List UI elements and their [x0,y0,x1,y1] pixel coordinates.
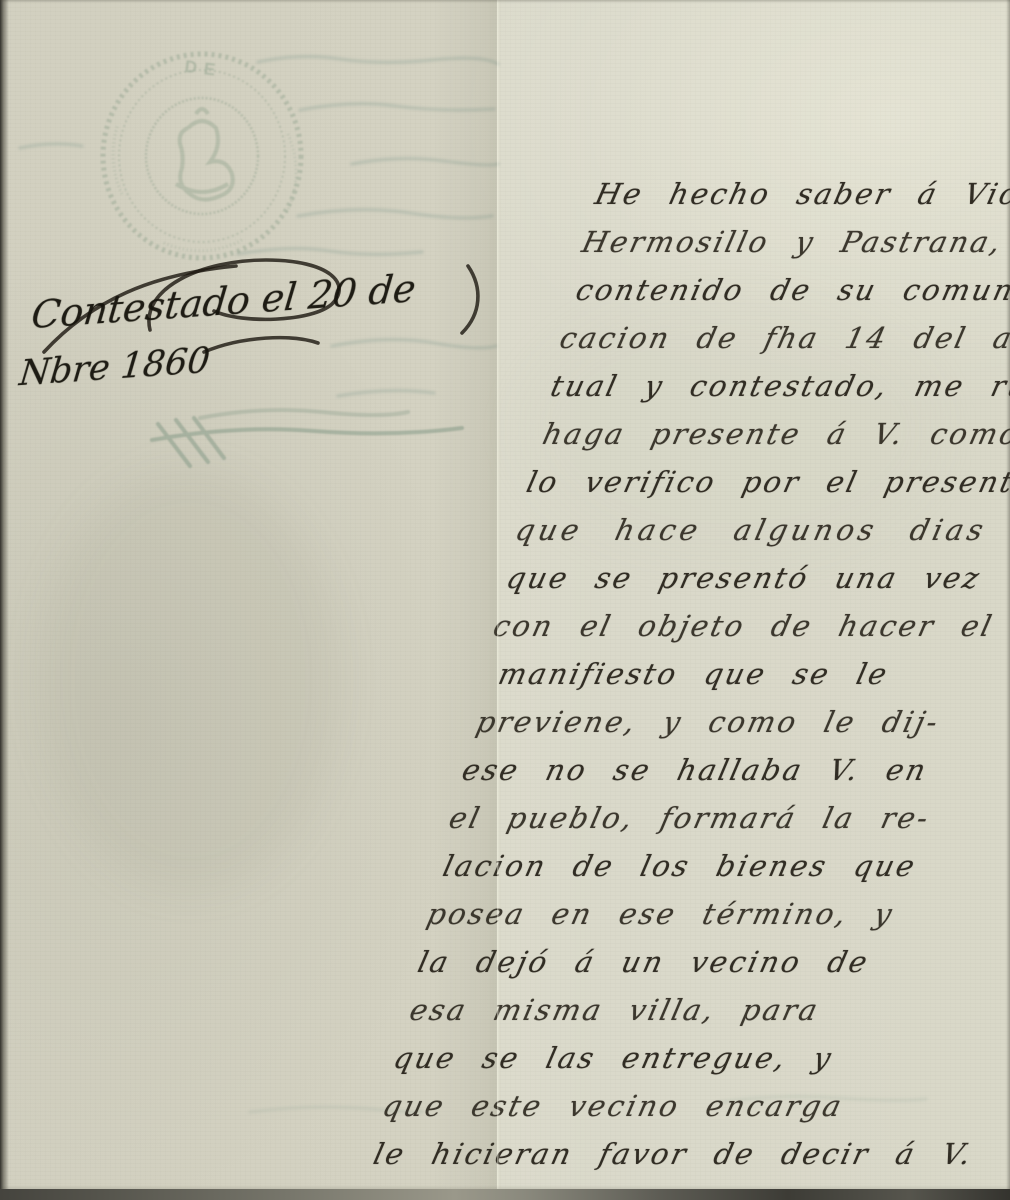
letter-line: posea en ese término, y [422,890,993,938]
letter-line: cacion de fha 14 del ac- [555,314,1010,362]
scan-edge-bottom-band [0,1189,1010,1200]
letter-line: tual y contestado, me ruega [546,362,1010,410]
letter-line: previene, y como le dij- [471,698,1010,746]
scan-edge-right [1006,0,1010,1200]
letter-line: contenido de su comunica- [571,266,1010,314]
official-stamp: DE [92,44,312,268]
letter-line: haga presente á V. como [538,410,1010,458]
center-fold-highlight [497,0,500,1200]
stamp-inner-ring [146,98,258,214]
letter-line: lo verifico por el presente [522,458,1010,506]
letter-line: He hecho saber á Vicente [590,170,1010,218]
letter-line: lacion de los bienes que [438,842,1004,890]
stamp-legible-text: DE [184,57,224,80]
letter-page: DE Contestado el 20 de Nbre 1860 He hech… [0,0,1010,1200]
response-annotation: Contestado el 20 de Nbre 1860 [22,253,503,403]
letter-line: que se presentó una vez [502,554,1010,602]
paper-stain [40,470,340,890]
letter-line: el pueblo, formará la re- [444,794,1010,842]
stamp-crest [176,109,233,200]
scan-edge-left [0,0,9,1200]
bleedthrough-underline-scribble [152,410,462,466]
letter-line: con el objeto de hacer el [489,602,1010,650]
stamp-mid-ring [119,70,285,242]
scan-edge-top [0,0,1010,3]
letter-line: manifiesto que se le [493,650,1010,698]
letter-line: Hermosillo y Pastrana, el [577,218,1010,266]
center-fold-shadow [433,0,497,1200]
stamp-outer-ring [103,54,301,258]
letter-line: que hace algunos dias [511,506,1010,554]
letter-line: ese no se hallaba V. en [457,746,1010,794]
